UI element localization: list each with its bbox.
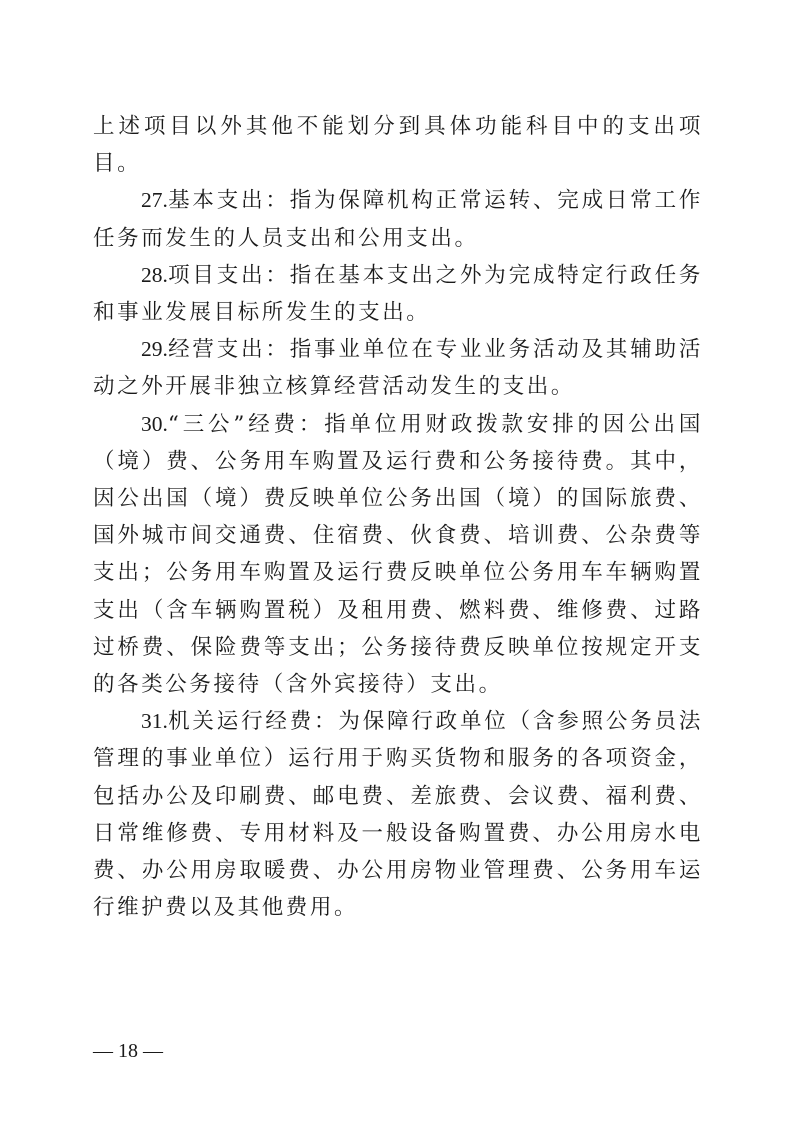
- paragraph-item-30: 30.“三公”经费：指单位用财政拨款安排的因公出国（境）费、公务用车购置及运行费…: [93, 406, 703, 704]
- paragraph-item-27: 27.基本支出：指为保障机构正常运转、完成日常工作任务而发生的人员支出和公用支出…: [93, 182, 703, 256]
- paragraph-continuation: 上述项目以外其他不能划分到具体功能科目中的支出项目。: [93, 108, 703, 182]
- item-number: 27.: [141, 188, 168, 212]
- item-number: 29.: [141, 337, 168, 361]
- paragraph-text: 经营支出：指事业单位在专业业务活动及其辅助活动之外开展非独立核算经营活动发生的支…: [93, 337, 703, 399]
- item-number: 31.: [141, 709, 168, 733]
- page-number: — 18 —: [93, 1040, 163, 1063]
- paragraph-text: 基本支出：指为保障机构正常运转、完成日常工作任务而发生的人员支出和公用支出。: [93, 188, 703, 250]
- paragraph-item-29: 29.经营支出：指事业单位在专业业务活动及其辅助活动之外开展非独立核算经营活动发…: [93, 331, 703, 405]
- paragraph-text: 机关运行经费：为保障行政单位（含参照公务员法管理的事业单位）运行用于购买货物和服…: [93, 709, 703, 920]
- item-number: 30.: [141, 412, 168, 436]
- item-number: 28.: [141, 263, 168, 287]
- paragraph-item-28: 28.项目支出：指在基本支出之外为完成特定行政任务和事业发展目标所发生的支出。: [93, 257, 703, 331]
- paragraph-text: 上述项目以外其他不能划分到具体功能科目中的支出项目。: [93, 114, 703, 176]
- paragraph-text: 项目支出：指在基本支出之外为完成特定行政任务和事业发展目标所发生的支出。: [93, 263, 703, 325]
- paragraph-text: “三公”经费：指单位用财政拨款安排的因公出国（境）费、公务用车购置及运行费和公务…: [93, 412, 703, 697]
- paragraph-item-31: 31.机关运行经费：为保障行政单位（含参照公务员法管理的事业单位）运行用于购买货…: [93, 703, 703, 926]
- document-body: 上述项目以外其他不能划分到具体功能科目中的支出项目。 27.基本支出：指为保障机…: [93, 108, 703, 926]
